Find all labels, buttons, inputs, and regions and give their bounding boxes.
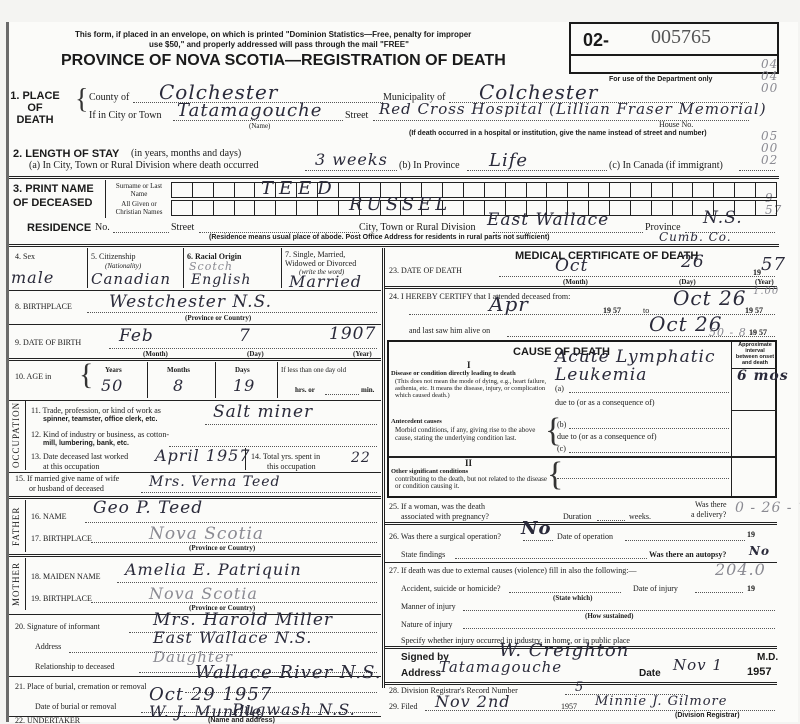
external-code-note: 204.0 (715, 560, 766, 579)
direct-cause-note: (This does not mean the mode of dying, e… (395, 378, 549, 399)
divider (9, 244, 779, 247)
month-caption: (Month) (143, 350, 168, 358)
column-divider (382, 248, 385, 688)
last-saw-year: 19 57 (749, 328, 767, 337)
spouse-label-2: or husband of deceased (29, 484, 104, 493)
surgery-value[interactable]: No (521, 518, 551, 539)
divider (731, 410, 777, 411)
divider (25, 400, 26, 470)
spouse-line (141, 492, 377, 493)
father-side-label: FATHER (11, 507, 21, 546)
street-value[interactable]: Red Cross Hospital (Lillian Fraser Memor… (379, 100, 767, 118)
father-name-value[interactable]: Geo P. Teed (93, 498, 203, 518)
sex-value[interactable]: male (11, 268, 54, 287)
dob-line (109, 348, 377, 349)
city-label: If in City or Town (89, 110, 161, 121)
dod-month-caption: (Month) (563, 278, 588, 286)
residence-city-label: City, Town or Rural Division (359, 222, 476, 233)
divider (215, 362, 216, 398)
father-name-label: 16. NAME (31, 512, 67, 521)
q14-value[interactable]: 22 (351, 450, 371, 466)
delivery-label-2: a delivery? (691, 510, 726, 519)
nature-line[interactable] (463, 628, 775, 629)
divider (105, 180, 106, 218)
surgery-line (523, 540, 553, 541)
manner-line[interactable] (463, 610, 775, 611)
due-to-1: due to (or as a consequence of) (555, 398, 655, 407)
given-names-value[interactable]: RUSSEL (349, 194, 451, 215)
citizenship-label: 5. Citizenship (91, 252, 135, 261)
interval-column-divider (731, 342, 732, 496)
divider (9, 472, 381, 473)
informant-address-label: Address (35, 642, 61, 651)
sig-date-year: 1957 (747, 666, 771, 678)
city-value[interactable]: Tatamagouche (177, 100, 322, 121)
stay-canada-label: (c) In Canada (if immigrant) (609, 160, 723, 171)
father-birthplace-caption: (Province or Country) (189, 544, 255, 552)
given-names-grid[interactable] (171, 200, 777, 216)
record-number-value[interactable]: 5 (575, 680, 584, 695)
age-min-label: min. (361, 386, 374, 394)
dob-month[interactable]: Feb (119, 326, 154, 346)
cause-c-line[interactable] (569, 452, 729, 453)
divider (385, 522, 777, 525)
residence-city-value[interactable]: East Wallace (487, 210, 609, 230)
injury-year-prefix: 19 (747, 584, 755, 593)
age-min-line (325, 394, 359, 395)
margin-note-code: 0 - 26 - 7 (735, 500, 800, 516)
age-hrs-label: hrs. or (295, 386, 315, 394)
antecedent-title: Antecedent causes (391, 418, 442, 425)
mother-maiden-label: 18. MAIDEN NAME (31, 572, 101, 581)
other-conditions-note: contributing to the death, but not relat… (395, 476, 551, 490)
operation-year-prefix: 19 (747, 530, 755, 539)
dod-year[interactable]: 57 (761, 254, 786, 275)
mother-side-label: MOTHER (11, 562, 21, 606)
citizenship-value[interactable]: Canadian (91, 270, 171, 288)
brace: { (547, 458, 563, 492)
citizenship-sub: (Nationality) (105, 262, 141, 270)
cause-a-value[interactable]: Acute Lymphatic Leukemia (555, 348, 725, 384)
other-conditions-title: Other significant conditions (391, 468, 468, 475)
antecedent-note: Morbid conditions, if any, giving rise t… (395, 426, 547, 442)
divider (9, 400, 381, 401)
divider (9, 290, 381, 291)
marital-value[interactable]: Married (289, 272, 362, 291)
residence-note: (Residence means usual place of abode. P… (209, 234, 550, 241)
q14-label-1: 14. Total yrs. spent in (251, 452, 320, 461)
divider (9, 358, 381, 361)
operation-date-line (625, 540, 745, 541)
sig-date-value[interactable]: Nov 1 (673, 656, 723, 674)
due-to-2: due to (or as a consequence of) (557, 432, 657, 441)
operation-date-label: Date of operation (557, 532, 613, 541)
cause-a-line[interactable] (569, 392, 729, 393)
undertaker-address[interactable]: Pugwash N.S. (232, 700, 356, 719)
dod-day[interactable]: 26 (681, 252, 705, 272)
filed-year: 1957 (561, 702, 577, 711)
residence-label: RESIDENCE (27, 222, 91, 234)
residence-city-line (493, 232, 643, 233)
dod-label: 23. DATE OF DEATH (389, 266, 462, 275)
stay-city-label: (a) In City, Town or Rural Division wher… (29, 160, 259, 171)
sig-address-label: Address (401, 668, 441, 679)
place-of-death-label: 1. PLACE OF DEATH (9, 90, 61, 126)
filed-value[interactable]: Nov 2nd (435, 692, 510, 711)
autopsy-value[interactable]: No (749, 544, 770, 558)
birthplace-line (87, 312, 377, 313)
age-years-value[interactable]: 50 (101, 376, 123, 395)
autopsy-label: Was there an autopsy? (649, 550, 726, 559)
surgery-label: 26. Was there a surgical operation? (389, 532, 501, 541)
duration-line (597, 520, 625, 521)
racial-origin-value-2[interactable]: English (191, 272, 251, 288)
mail-notice-line1: This form, if placed in an envelope, on … (75, 30, 471, 39)
filed-label: 29. Filed (389, 702, 417, 711)
stay-province-line (467, 170, 607, 171)
dob-day[interactable]: 7 (239, 326, 251, 346)
divider (9, 324, 381, 325)
age-days-value[interactable]: 19 (233, 376, 255, 395)
findings-label: State findings (401, 550, 445, 559)
margin-codes-2: 05 00 02 (761, 130, 781, 166)
residence-street-line (199, 232, 359, 233)
divider (147, 362, 148, 398)
q11-label-1: 11. Trade, profession, or kind of work a… (31, 406, 161, 415)
direct-cause-title: Disease or condition directly leading to… (391, 370, 516, 377)
certify-label: 24. I HEREBY CERTIFY that I attended dec… (389, 292, 570, 301)
weeks-label: weeks. (629, 512, 651, 521)
stay-canada-line (739, 170, 775, 171)
stay-province-value[interactable]: Life (489, 150, 528, 171)
delivery-label-1: Was there (695, 500, 727, 509)
mother-birthplace-value[interactable]: Nova Scotia (149, 584, 258, 603)
length-of-stay-note: (in years, months and days) (131, 148, 241, 159)
father-birthplace-value[interactable]: Nova Scotia (149, 524, 264, 544)
residence-no-label: No. (95, 222, 110, 233)
mail-notice-line2: use $50," and properly addressed will pa… (149, 40, 409, 49)
dob-label: 9. DATE OF BIRTH (15, 338, 81, 347)
spouse-label-1: 15. If married give name of wife (15, 474, 119, 483)
given-names-label: All Given or Christian Names (109, 200, 169, 216)
divider (25, 500, 26, 552)
margin-codes: 04 04 00 (761, 58, 781, 94)
state-which-caption: (State which) (553, 594, 592, 602)
divider (183, 248, 184, 288)
marital-label-1: 7. Single, Married, (285, 250, 345, 259)
registration-prefix: 02- (583, 30, 609, 51)
divider (9, 554, 381, 557)
part1-numeral: I (467, 360, 471, 370)
occupation-side-label: OCCUPATION (11, 402, 21, 468)
accident-line[interactable] (509, 592, 621, 593)
burial-place-label: 21. Place of burial, cremation or remova… (15, 682, 147, 691)
divider (25, 558, 26, 610)
sig-address-value[interactable]: Tatamagouche (439, 658, 562, 676)
divider (389, 456, 775, 458)
spouse-value[interactable]: Mrs. Verna Teed (149, 474, 281, 490)
accident-label: Accident, suicide or homicide? (401, 584, 501, 593)
q14-label-2: this occupation (267, 462, 316, 471)
street-label: Street (345, 110, 368, 121)
hospital-note: (If death occurred in a hospital or inst… (409, 130, 707, 137)
q13-label-2: at this occupation (43, 462, 99, 471)
house-no-label: House No. (659, 120, 693, 129)
informant-label: 20. Signature of informant (15, 622, 100, 631)
q13-label-1: 13. Date deceased last worked (31, 452, 128, 461)
manner-label: Manner of injury (401, 602, 456, 611)
residence-province-value[interactable]: N.S. (703, 208, 743, 228)
length-of-stay-label: 2. LENGTH OF STAY (13, 148, 119, 160)
age-label: 10. AGE in (15, 372, 51, 381)
q12-label-2: mill, lumbering, bank, etc. (43, 440, 129, 447)
attended-from[interactable]: Apr (489, 292, 529, 316)
day-caption: (Day) (247, 350, 264, 358)
birthplace-value[interactable]: Westchester N.S. (109, 292, 272, 312)
age-days-label: Days (235, 366, 250, 374)
last-saw-label: and last saw him alive on (409, 326, 490, 335)
county-label: County of (89, 92, 129, 103)
how-sustained-caption: (How sustained) (585, 612, 633, 620)
relationship-label: Relationship to deceased (35, 662, 115, 671)
registration-number-box: 02- 005765 (569, 22, 779, 74)
age-years-label: Years (105, 366, 122, 374)
stay-city-line (305, 170, 397, 171)
mother-birthplace-label: 19. BIRTHPLACE (31, 594, 92, 603)
marital-label-2: Widowed or Divorced (285, 259, 356, 268)
death-registration-form: This form, if placed in an envelope, on … (6, 22, 798, 722)
registration-number: 005765 (651, 26, 711, 49)
stay-city-value[interactable]: 3 weeks (315, 150, 388, 169)
residence-no-line (113, 232, 169, 233)
surname-label: Surname or Last Name (109, 182, 169, 198)
residence-county-value[interactable]: Cumb. Co. (659, 230, 732, 244)
year-caption: (Year) (353, 350, 372, 358)
dod-line (499, 276, 775, 277)
residence-street-label: Street (171, 222, 194, 233)
divider (281, 248, 282, 288)
informant-address-value[interactable]: East Wallace N.S. (153, 628, 312, 647)
duration-label: Duration (563, 512, 591, 521)
deceased-name-label: 3. PRINT NAME OF DECEASED (13, 182, 94, 210)
surname-value[interactable]: TEED (261, 178, 338, 199)
md-label: M.D. (757, 652, 778, 663)
nature-label: Nature of injury (401, 620, 453, 629)
name-caption: (Name) (249, 122, 270, 130)
cause-c-label: (c) (557, 444, 566, 453)
q11-label-2: spinner, teamster, office clerk, etc. (43, 416, 157, 423)
brace: { (75, 84, 88, 116)
dod-month[interactable]: Oct (555, 256, 588, 276)
part2-numeral: II (465, 458, 472, 468)
sig-date-label: Date (639, 668, 661, 679)
q11-value[interactable]: Salt miner (213, 402, 313, 422)
cause-b-label: (b) (557, 420, 566, 429)
sex-label: 4. Sex (15, 252, 35, 261)
registrar-caption: (Division Registrar) (675, 712, 740, 719)
attended-to-year: 19 57 (745, 306, 763, 315)
mother-maiden-line (117, 582, 377, 583)
registrar-name[interactable]: Minnie J. Gilmore (595, 694, 727, 709)
brace: { (79, 358, 93, 392)
injury-date-line[interactable] (695, 592, 743, 593)
cause-a-label: (a) (555, 384, 564, 393)
birthplace-label: 8. BIRTHPLACE (15, 302, 72, 311)
findings-line (455, 558, 647, 559)
dod-day-caption: (Day) (679, 278, 696, 286)
age-less-label: If less than one day old (281, 366, 346, 374)
q12-label-1: 12. Kind of industry or business, as cot… (31, 430, 169, 439)
dob-year[interactable]: 1907 (329, 324, 376, 344)
interval-header: Approximate interval between onset and d… (735, 342, 775, 366)
attended-from-year: 19 57 (603, 306, 621, 315)
margin-note-fee: 1.00 (753, 286, 779, 297)
form-title: PROVINCE OF NOVA SCOTIA—REGISTRATION OF … (61, 52, 506, 70)
q11-line (205, 424, 377, 425)
divider (245, 448, 246, 470)
dod-year-caption: (Year) (755, 278, 774, 286)
divider (87, 248, 88, 288)
cause-b-line[interactable] (569, 428, 729, 429)
father-name-line (85, 522, 377, 523)
father-birthplace-label: 17. BIRTHPLACE (31, 534, 92, 543)
other-conditions-line[interactable] (557, 478, 729, 479)
pregnancy-label-2: associated with pregnancy? (401, 512, 489, 521)
dod-year-prefix: 19 (753, 268, 761, 277)
attended-to[interactable]: Oct 26 (673, 286, 746, 310)
birthplace-caption: (Province or Country) (185, 314, 251, 322)
undertaker-label: 22. UNDERTAKER (15, 716, 80, 724)
age-months-value[interactable]: 8 (173, 376, 184, 395)
injury-date-label: Date of injury (633, 584, 678, 593)
cause-a-interval[interactable]: 6 mos (737, 368, 789, 384)
q13-value[interactable]: April 1957 (155, 446, 250, 465)
burial-date-label: Date of burial or removal (35, 702, 116, 711)
divider (9, 176, 779, 179)
mother-maiden-value[interactable]: Amelia E. Patriquin (125, 560, 302, 579)
divider (277, 362, 278, 398)
department-only-note: For use of the Department only (609, 76, 712, 83)
external-label: 27. If death was due to external causes … (389, 566, 636, 575)
stay-province-label: (b) In Province (399, 160, 460, 171)
informant-value[interactable]: Mrs. Harold Miller (153, 610, 333, 630)
medical-certificate-title: MEDICAL CERTIFICATE OF DEATH (515, 250, 698, 262)
pregnancy-label-1: 25. If a woman, was the death (389, 502, 485, 511)
burial-place-value[interactable]: Wallace River N.S. (195, 662, 382, 683)
age-months-label: Months (167, 366, 190, 374)
